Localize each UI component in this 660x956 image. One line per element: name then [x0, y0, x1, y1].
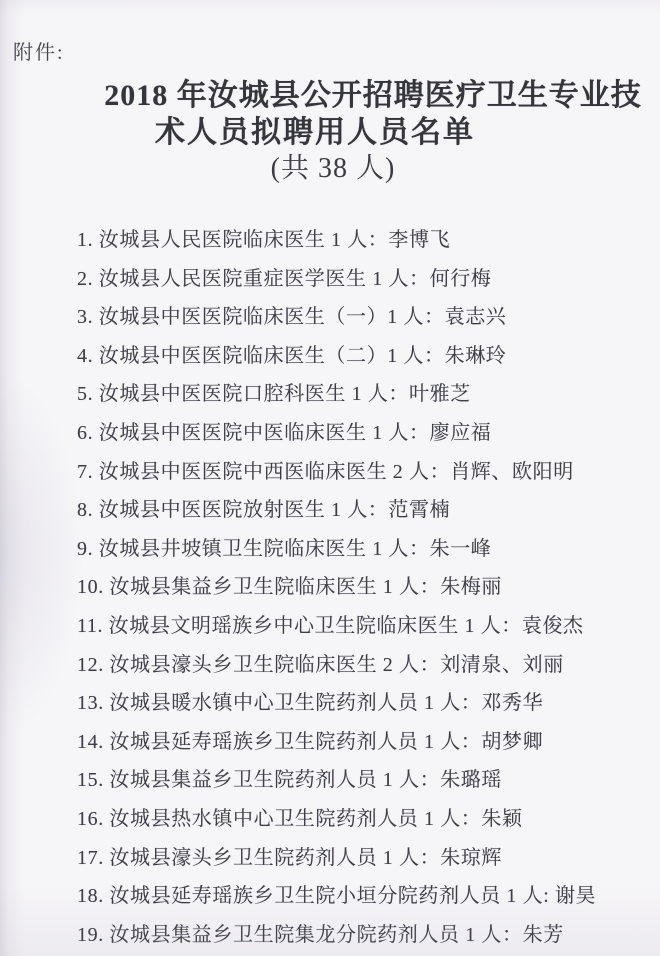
scanned-document-page: 附件: 2018 年汝城县公开招聘医疗卫生专业技 术人员拟聘用人员名单 (共 3…: [0, 0, 660, 956]
roster-item: 11. 汝城县文明瑶族乡中心卫生院临床医生 1 人：袁俊杰: [77, 607, 596, 646]
roster-item: 9. 汝城县井坡镇卫生院临床医生 1 人：朱一峰: [77, 530, 596, 569]
roster-item: 14. 汝城县延寿瑶族乡卫生院药剂人员 1 人：胡梦卿: [77, 723, 596, 762]
attachment-label: 附件:: [13, 36, 65, 65]
roster-item: 6. 汝城县中医医院中医临床医生 1 人：廖应福: [77, 414, 596, 453]
roster-item: 2. 汝城县人民医院重症医学医生 1 人：何行梅: [77, 260, 596, 299]
roster-item: 10. 汝城县集益乡卫生院临床医生 1 人：朱梅丽: [77, 568, 596, 607]
roster-item: 15. 汝城县集益乡卫生院药剂人员 1 人：朱璐瑶: [77, 761, 596, 800]
roster-item: 17. 汝城县濠头乡卫生院药剂人员 1 人：朱琼辉: [77, 839, 596, 878]
roster-item: 1. 汝城县人民医院临床医生 1 人：李博飞: [77, 221, 596, 260]
roster-item: 3. 汝城县中医医院临床医生（一）1 人：袁志兴: [77, 298, 596, 337]
roster-item: 18. 汝城县延寿瑶族乡卫生院小垣分院药剂人员 1 人: 谢昊: [77, 877, 596, 916]
roster-item: 8. 汝城县中医医院放射医生 1 人：范霄楠: [77, 491, 596, 530]
roster-item: 19. 汝城县集益乡卫生院集龙分院药剂人员 1 人：朱芳: [77, 916, 596, 955]
roster-item: 12. 汝城县濠头乡卫生院临床医生 2 人：刘清泉、刘丽: [77, 646, 596, 685]
hire-roster-list: 1. 汝城县人民医院临床医生 1 人：李博飞 2. 汝城县人民医院重症医学医生 …: [77, 221, 596, 954]
roster-item: 4. 汝城县中医医院临床医生（二）1 人：朱琳玲: [77, 337, 596, 376]
roster-item: 16. 汝城县热水镇中心卫生院药剂人员 1 人：朱颖: [77, 800, 596, 839]
document-total-count-line: (共 38 人): [6, 146, 660, 186]
roster-item: 5. 汝城县中医医院口腔科医生 1 人：叶雅芝: [77, 375, 596, 414]
roster-item: 7. 汝城县中医医院中西医临床医生 2 人：肖辉、欧阳明: [77, 453, 596, 492]
roster-item: 13. 汝城县暖水镇中心卫生院药剂人员 1 人：邓秀华: [77, 684, 596, 723]
document-title-line2: 术人员拟聘用人员名单: [0, 107, 630, 151]
